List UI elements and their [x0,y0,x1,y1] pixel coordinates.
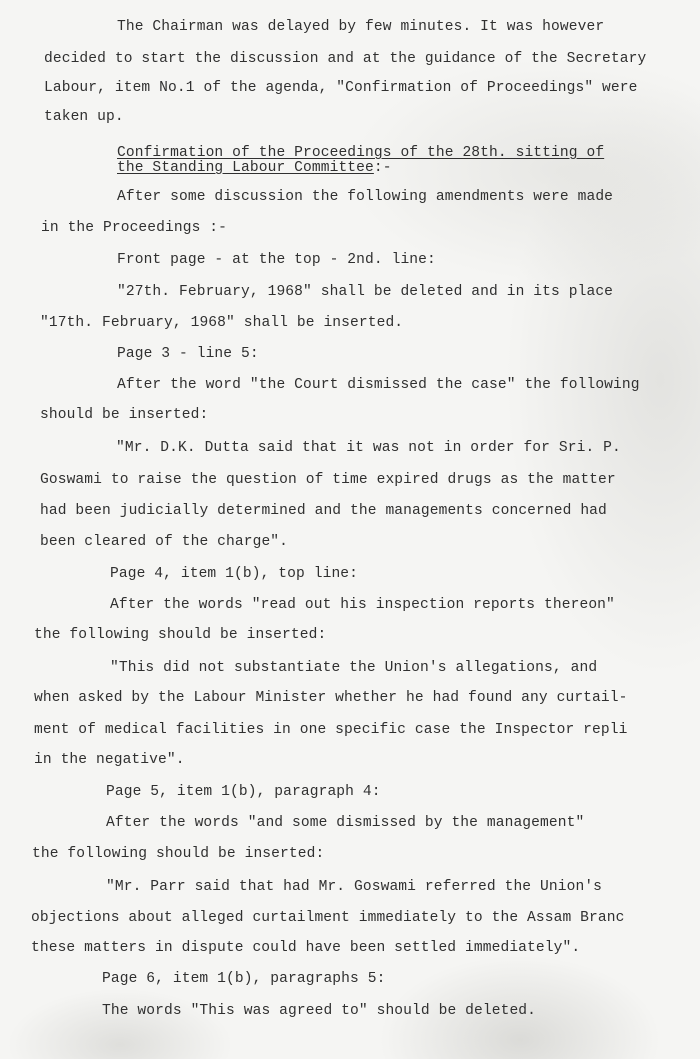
amendment-line: "Mr. Parr said that had Mr. Goswami refe… [106,879,602,895]
amendment-line: After the words "read out his inspection… [110,597,615,613]
heading-suffix: :- [374,160,392,176]
amendment-line: should be inserted: [40,407,208,423]
amendment-line: in the negative". [34,752,185,768]
document-page: The Chairman was delayed by few minutes.… [0,0,700,1059]
amendment-line: After the word "the Court dismissed the … [117,377,640,393]
heading-line: the Standing Labour Committee [117,160,374,176]
intro-line: Labour, item No.1 of the agenda, "Confir… [44,80,637,96]
heading-line: Confirmation of the Proceedings of the 2… [117,145,604,161]
amendment-line: been cleared of the charge". [40,534,288,550]
amendment-line: ment of medical facilities in one specif… [34,722,627,738]
amendment-line: The words "This was agreed to" should be… [102,1003,536,1019]
amendment-line: these matters in dispute could have been… [31,940,580,956]
amendment-line: the following should be inserted: [34,627,326,643]
intro-line: taken up. [44,109,124,125]
discussion-line: in the Proceedings :- [41,220,227,236]
amendment-line: After the words "and some dismissed by t… [106,815,584,831]
intro-line: The Chairman was delayed by few minutes.… [117,19,604,35]
amendment-line: Goswami to raise the question of time ex… [40,472,616,488]
amendment-line: "Mr. D.K. Dutta said that it was not in … [116,440,621,456]
amendment-reference: Page 3 - line 5: [117,346,259,362]
amendment-line: objections about alleged curtailment imm… [31,910,624,926]
section-heading: Confirmation of the Proceedings of the 2… [117,145,604,161]
amendment-line: had been judicially determined and the m… [40,503,607,519]
amendment-line: "17th. February, 1968" shall be inserted… [40,315,403,331]
amendment-line: "27th. February, 1968" shall be deleted … [117,284,613,300]
amendment-line: "This did not substantiate the Union's a… [110,660,597,676]
amendment-reference: Page 5, item 1(b), paragraph 4: [106,784,381,800]
amendment-reference: Page 4, item 1(b), top line: [110,566,358,582]
amendment-reference: Page 6, item 1(b), paragraphs 5: [102,971,385,987]
intro-line: decided to start the discussion and at t… [44,51,646,67]
amendment-reference: Front page - at the top - 2nd. line: [117,252,436,268]
amendment-line: the following should be inserted: [32,846,324,862]
discussion-line: After some discussion the following amen… [117,189,613,205]
amendment-line: when asked by the Labour Minister whethe… [34,690,627,706]
section-heading: the Standing Labour Committee:- [117,160,392,176]
